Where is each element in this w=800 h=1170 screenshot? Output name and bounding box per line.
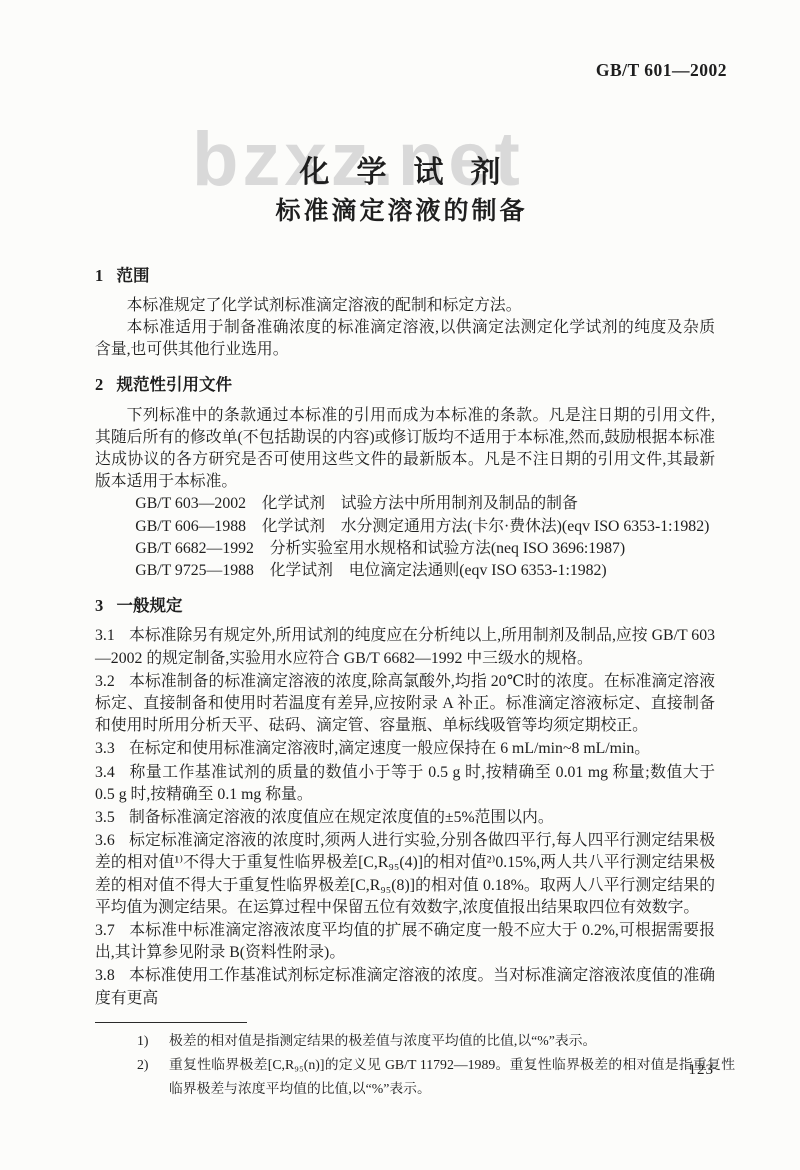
standard-number: GB/T 601—2002 bbox=[0, 0, 800, 81]
clause-3-8: 3.8本标准使用工作基准试剂标定标准滴定溶液的浓度。当对标准滴定溶液浓度值的准确… bbox=[95, 965, 715, 1009]
clause-number: 3.5 bbox=[95, 809, 115, 826]
reference-item: GB/T 6682—1992 分析实验室用水规格和试验方法(neq ISO 36… bbox=[95, 538, 715, 560]
section-1-number: 1 bbox=[95, 266, 103, 285]
scope-paragraph-2: 本标准适用于制备准确浓度的标准滴定溶液,以供滴定法测定化学试剂的纯度及杂质含量,… bbox=[95, 317, 715, 361]
clause-text: 制备标准滴定溶液的浓度值应在规定浓度值的±5%范围以内。 bbox=[129, 809, 554, 826]
section-2-title: 规范性引用文件 bbox=[116, 375, 232, 394]
page-number: 123 bbox=[689, 1062, 715, 1079]
scanned-standard-page: bzxz.net GB/T 601—2002 化学试剂 标准滴定溶液的制备 1范… bbox=[0, 0, 800, 1170]
clause-text: 本标准制备的标准滴定溶液的浓度,除高氯酸外,均指 20℃时的浓度。在标准滴定溶液… bbox=[95, 673, 715, 734]
clause-number: 3.3 bbox=[95, 740, 115, 757]
document-body: 1范围 本标准规定了化学试剂标准滴定溶液的配制和标定方法。 本标准适用于制备准确… bbox=[95, 265, 715, 1101]
clause-number: 3.1 bbox=[95, 627, 115, 644]
clause-3-3: 3.3在标定和使用标准滴定溶液时,滴定速度一般应保持在 6 mL/min~8 m… bbox=[95, 738, 715, 760]
clause-text: 称量工作基准试剂的质量的数值小于等于 0.5 g 时,按精确至 0.01 mg … bbox=[95, 764, 715, 803]
section-1-heading: 1范围 bbox=[95, 265, 715, 287]
clause-text: 在标定和使用标准滴定溶液时,滴定速度一般应保持在 6 mL/min~8 mL/m… bbox=[129, 740, 650, 757]
section-1-title: 范围 bbox=[116, 266, 149, 285]
footnote-separator bbox=[95, 1022, 247, 1023]
clause-text: 标定标准滴定溶液的浓度时,须两人进行实验,分别各做四平行,每人四平行测定结果极差… bbox=[95, 832, 715, 916]
reference-item: GB/T 606—1988 化学试剂 水分测定通用方法(卡尔·费休法)(eqv … bbox=[95, 516, 715, 538]
document-title: 化学试剂 bbox=[0, 153, 800, 192]
scope-paragraph-1: 本标准规定了化学试剂标准滴定溶液的配制和标定方法。 bbox=[95, 295, 715, 317]
clause-3-1: 3.1本标准除另有规定外,所用试剂的纯度应在分析纯以上,所用制剂及制品,应按 G… bbox=[95, 625, 715, 669]
footnote-1: 1) 极差的相对值是指测定结果的极差值与浓度平均值的比值,以“%”表示。 bbox=[95, 1029, 735, 1053]
clause-text: 本标准使用工作基准试剂标定标准滴定溶液的浓度。当对标准滴定溶液浓度值的准确度有更… bbox=[95, 967, 715, 1006]
clause-number: 3.6 bbox=[95, 832, 115, 849]
clause-text: 本标准除另有规定外,所用试剂的纯度应在分析纯以上,所用制剂及制品,应按 GB/T… bbox=[95, 627, 715, 666]
reference-item: GB/T 603—2002 化学试剂 试验方法中所用制剂及制品的制备 bbox=[95, 493, 715, 515]
clause-number: 3.2 bbox=[95, 673, 115, 690]
clause-3-4: 3.4称量工作基准试剂的质量的数值小于等于 0.5 g 时,按精确至 0.01 … bbox=[95, 762, 715, 806]
clause-3-5: 3.5制备标准滴定溶液的浓度值应在规定浓度值的±5%范围以内。 bbox=[95, 807, 715, 829]
normative-references-paragraph: 下列标准中的条款通过本标准的引用而成为本标准的条款。凡是注日期的引用文件,其随后… bbox=[95, 405, 715, 494]
footnote-text: 极差的相对值是指测定结果的极差值与浓度平均值的比值,以“%”表示。 bbox=[169, 1029, 735, 1053]
clause-text: 本标准中标准滴定溶液浓度平均值的扩展不确定度一般不应大于 0.2%,可根据需要报… bbox=[95, 922, 715, 961]
section-2-number: 2 bbox=[95, 375, 103, 394]
clause-3-2: 3.2本标准制备的标准滴定溶液的浓度,除高氯酸外,均指 20℃时的浓度。在标准滴… bbox=[95, 671, 715, 738]
clause-number: 3.8 bbox=[95, 967, 115, 984]
footnote-text: 重复性临界极差[C,R₉₅(n)]的定义见 GB/T 11792—1989。重复… bbox=[169, 1053, 735, 1101]
section-3-title: 一般规定 bbox=[116, 596, 182, 615]
footnote-2: 2) 重复性临界极差[C,R₉₅(n)]的定义见 GB/T 11792—1989… bbox=[95, 1053, 735, 1101]
section-2-heading: 2规范性引用文件 bbox=[95, 374, 715, 396]
section-3-heading: 3一般规定 bbox=[95, 595, 715, 617]
document-subtitle: 标准滴定溶液的制备 bbox=[0, 196, 800, 229]
clause-3-6: 3.6标定标准滴定溶液的浓度时,须两人进行实验,分别各做四平行,每人四平行测定结… bbox=[95, 830, 715, 919]
clause-3-7: 3.7本标准中标准滴定溶液浓度平均值的扩展不确定度一般不应大于 0.2%,可根据… bbox=[95, 920, 715, 964]
page-content: GB/T 601—2002 化学试剂 标准滴定溶液的制备 1范围 本标准规定了化… bbox=[0, 0, 800, 1101]
footnotes: 1) 极差的相对值是指测定结果的极差值与浓度平均值的比值,以“%”表示。 2) … bbox=[95, 1029, 735, 1101]
footnote-number: 1) bbox=[137, 1029, 169, 1053]
reference-item: GB/T 9725—1988 化学试剂 电位滴定法通则(eqv ISO 6353… bbox=[95, 560, 715, 582]
clause-number: 3.4 bbox=[95, 764, 115, 781]
section-3-number: 3 bbox=[95, 596, 103, 615]
clause-number: 3.7 bbox=[95, 922, 115, 939]
footnote-number: 2) bbox=[137, 1053, 169, 1101]
